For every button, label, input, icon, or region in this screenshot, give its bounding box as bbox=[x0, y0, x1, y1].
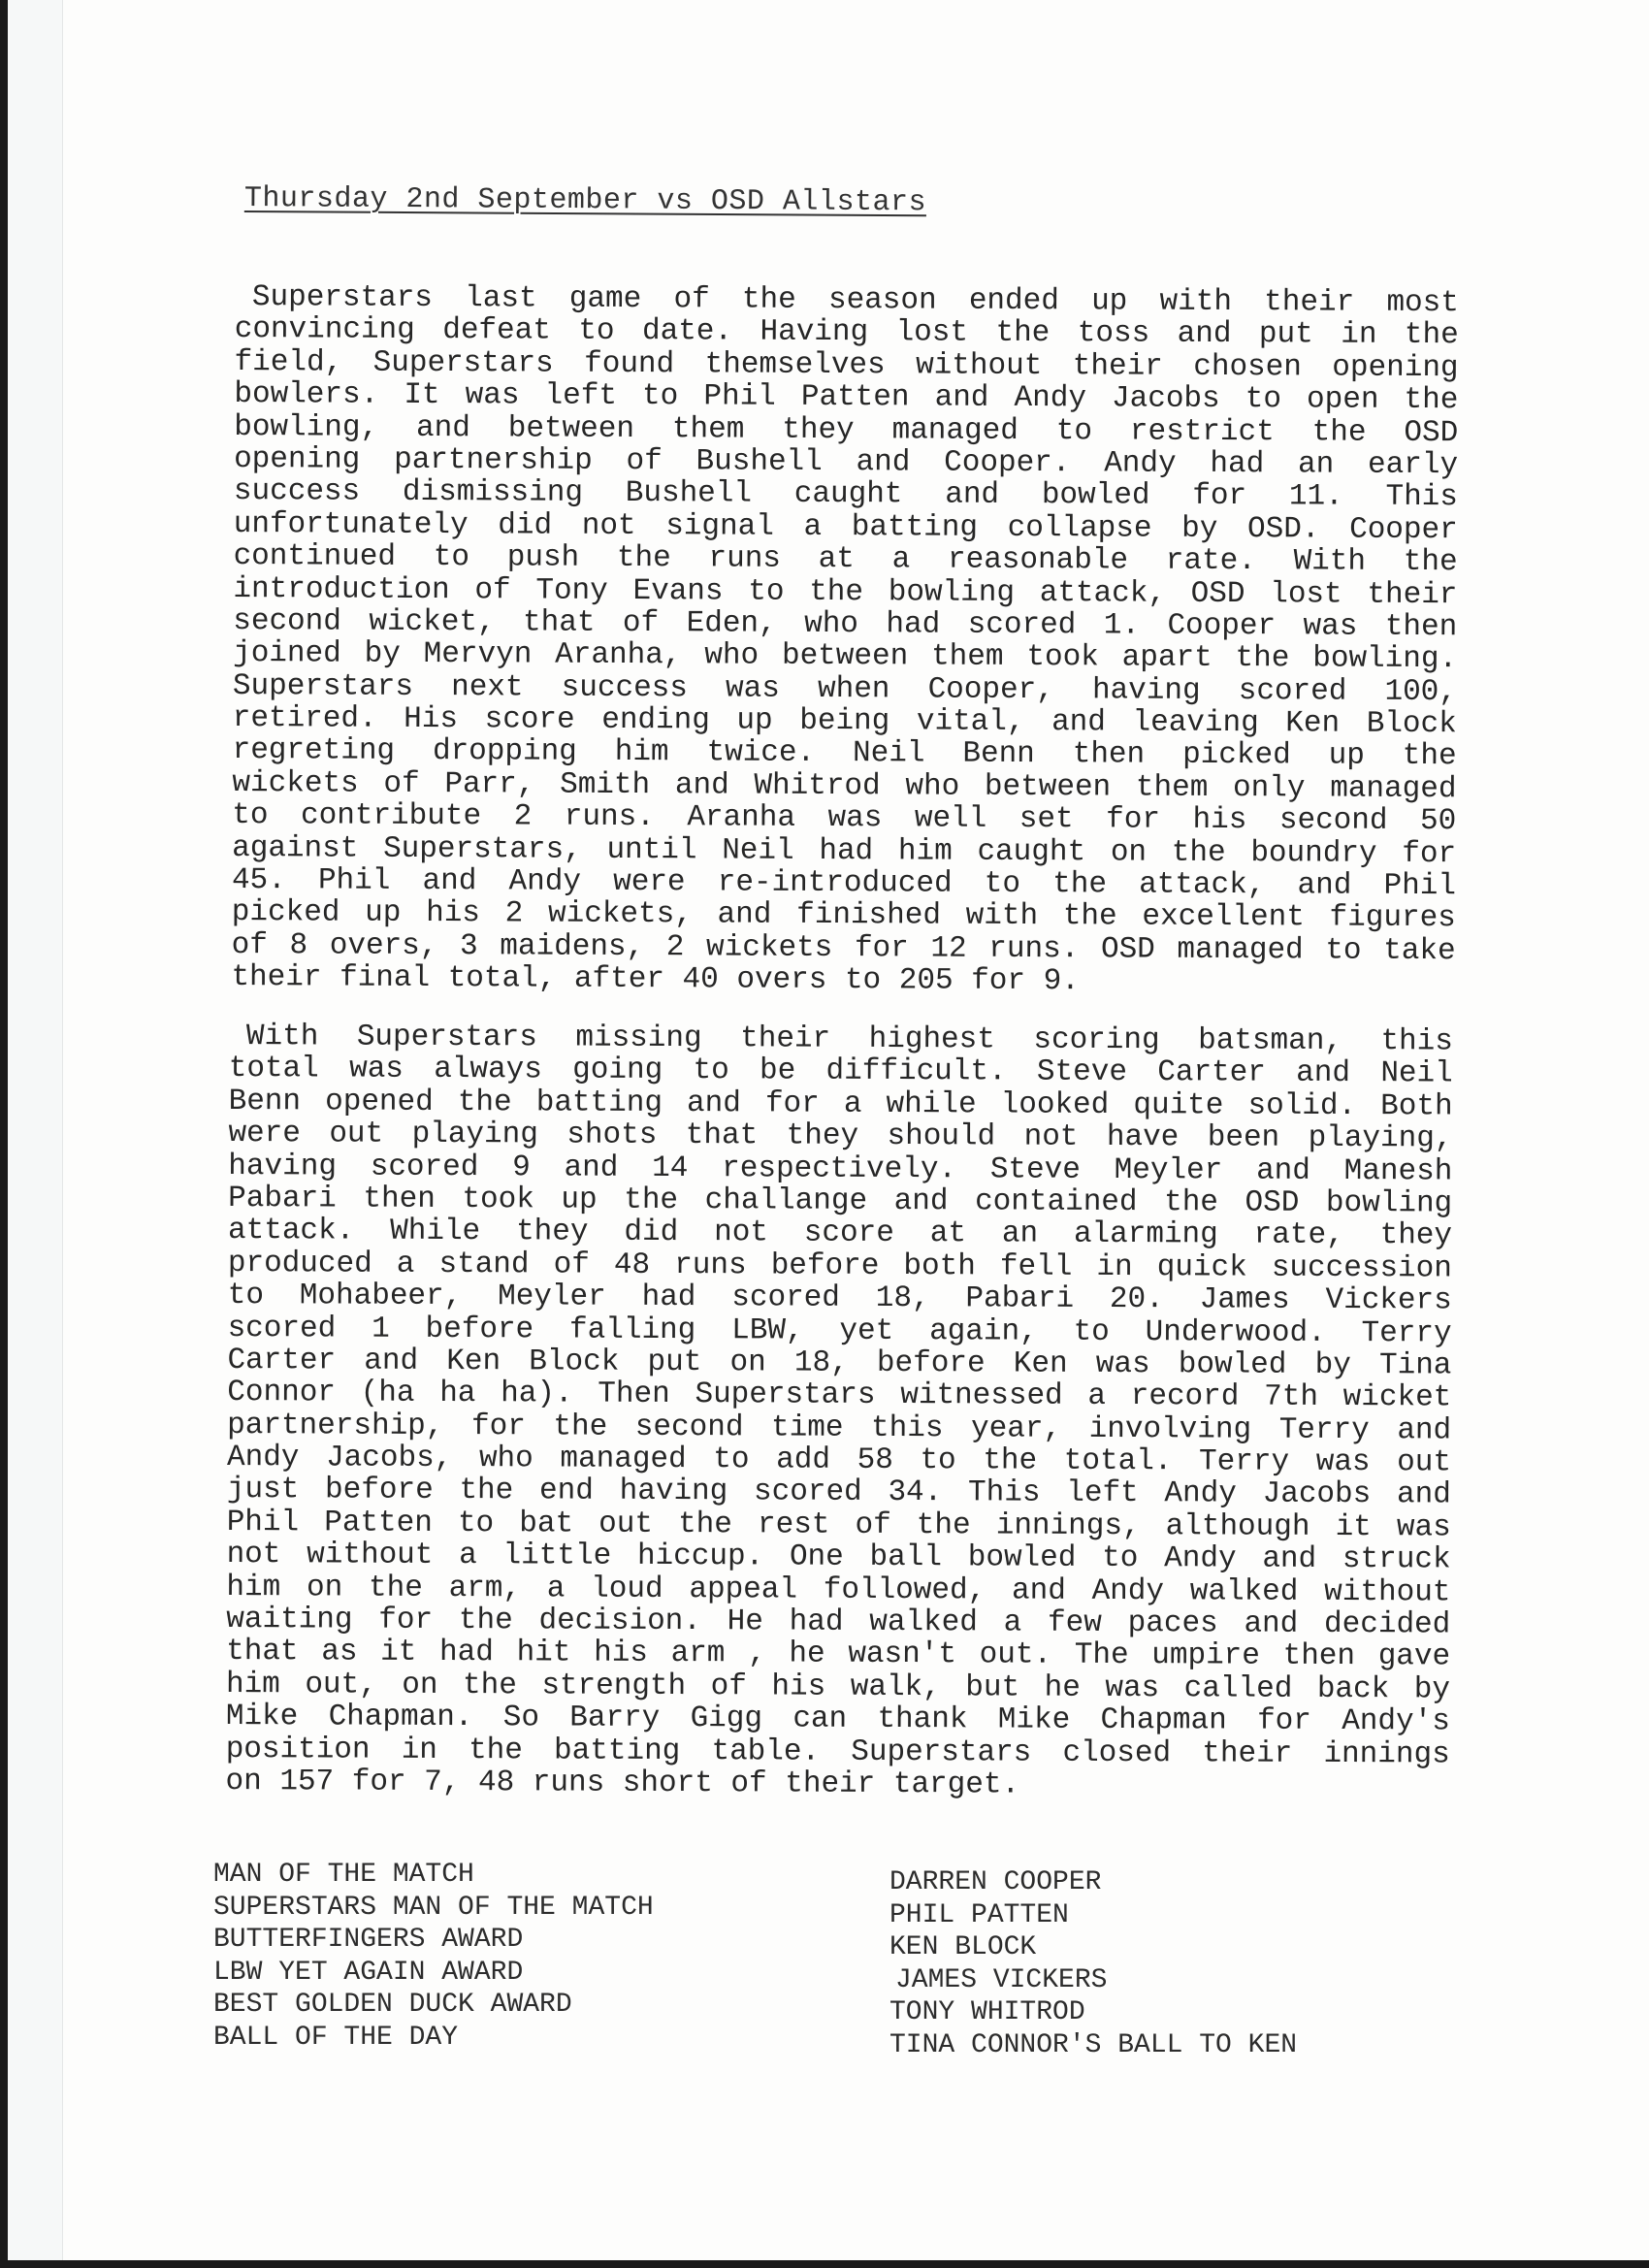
award-name: BEST GOLDEN DUCK AWARD bbox=[213, 1989, 654, 2022]
award-name: BALL OF THE DAY bbox=[213, 2022, 654, 2055]
award-winner: DARREN COOPER bbox=[889, 1866, 1297, 1899]
award-name: SUPERSTARS MAN OF THE MATCH bbox=[213, 1892, 654, 1925]
document-title: Thursday 2nd September vs OSD Allstars bbox=[244, 182, 926, 219]
award-name: MAN OF THE MATCH bbox=[213, 1859, 654, 1892]
scan-margin bbox=[8, 0, 63, 2260]
award-name: BUTTERFINGERS AWARD bbox=[213, 1924, 654, 1957]
text-line: their final total, after 40 overs to 205… bbox=[231, 961, 1455, 1000]
award-names-column: MAN OF THE MATCHSUPERSTARS MAN OF THE MA… bbox=[213, 1859, 654, 2054]
text-line: on 157 for 7, 48 runs short of their tar… bbox=[226, 1766, 1450, 1803]
match-report-batting-paragraph: With Superstars missing their highest sc… bbox=[226, 1021, 1453, 1803]
match-report-bowling-paragraph: Superstars last game of the season ended… bbox=[231, 281, 1459, 1000]
award-name: LBW YET AGAIN AWARD bbox=[213, 1957, 654, 1990]
award-winner: PHIL PATTEN bbox=[889, 1899, 1297, 1932]
award-winners-column: DARREN COOPERPHIL PATTENKEN BLOCKJAMES V… bbox=[889, 1866, 1297, 2061]
award-winner: JAMES VICKERS bbox=[889, 1964, 1297, 1997]
award-winner: KEN BLOCK bbox=[889, 1931, 1297, 1964]
award-winner: TONY WHITROD bbox=[889, 1996, 1297, 2029]
award-winner: TINA CONNOR'S BALL TO KEN bbox=[889, 2029, 1297, 2062]
